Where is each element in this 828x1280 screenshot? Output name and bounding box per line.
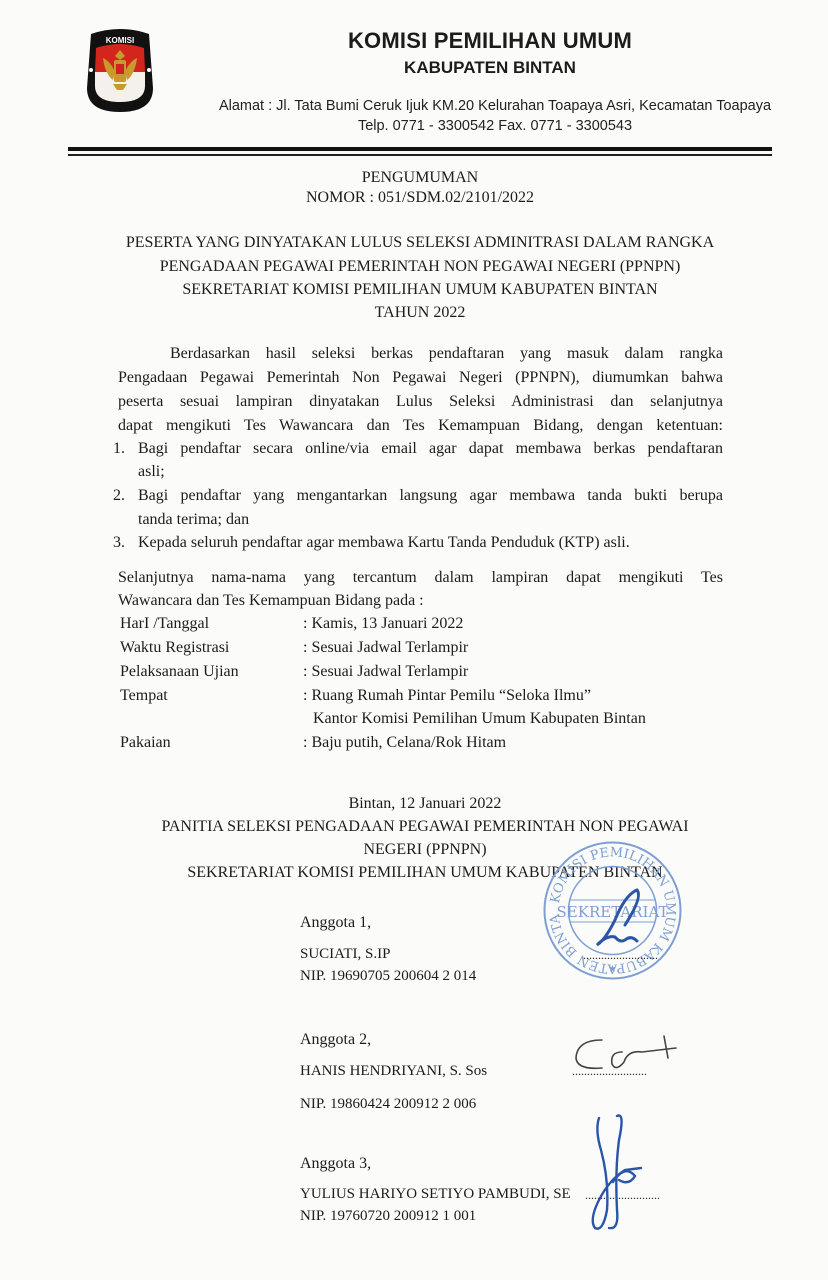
schedule-value: : Sesuai Jadwal Terlampir bbox=[303, 639, 468, 657]
signatory-name: YULIUS HARIYO SETIYO PAMBUDI, SE bbox=[300, 1186, 571, 1203]
list-item-cont: tanda terima; dan bbox=[138, 511, 249, 529]
svg-text:KOMISI: KOMISI bbox=[106, 36, 134, 45]
signatory-name: SUCIATI, S.IP bbox=[300, 946, 390, 963]
signatory-nip: NIP. 19860424 200912 2 006 bbox=[300, 1096, 476, 1113]
list-number: 1. bbox=[113, 440, 125, 458]
subject-line: SEKRETARIAT KOMISI PEMILIHAN UMUM KABUPA… bbox=[60, 281, 780, 299]
schedule-value: : Kamis, 13 Januari 2022 bbox=[303, 615, 463, 633]
subject-line: TAHUN 2022 bbox=[60, 304, 780, 322]
schedule-label: Tempat bbox=[120, 687, 168, 705]
paragraph-line: Selanjutnya nama-nama yang tercantum dal… bbox=[118, 569, 723, 587]
address: Alamat : Jl. Tata Bumi Ceruk Ijuk KM.20 … bbox=[185, 98, 805, 114]
list-number: 2. bbox=[113, 487, 125, 505]
schedule-value: : Baju putih, Celana/Rok Hitam bbox=[303, 734, 506, 752]
institution-title: KOMISI PEMILIHAN UMUM bbox=[240, 28, 740, 54]
schedule-value: : Sesuai Jadwal Terlampir bbox=[303, 663, 468, 681]
announcement-number: NOMOR : 051/SDM.02/2101/2022 bbox=[100, 189, 740, 207]
list-number: 3. bbox=[113, 534, 125, 552]
svg-text:★: ★ bbox=[608, 964, 617, 975]
signatory-role: Anggota 3, bbox=[300, 1155, 371, 1173]
committee-line: PANITIA SELEKSI PENGADAAN PEGAWAI PEMERI… bbox=[100, 818, 750, 836]
signature-2-icon bbox=[572, 1030, 682, 1080]
schedule-value-cont: Kantor Komisi Pemilihan Umum Kabupaten B… bbox=[313, 710, 646, 728]
paragraph-line: Pengadaan Pegawai Pemerintah Non Pegawai… bbox=[118, 369, 723, 387]
signatory-nip: NIP. 19690705 200604 2 014 bbox=[300, 968, 476, 985]
signatory-role: Anggota 1, bbox=[300, 914, 371, 932]
institution-subtitle: KABUPATEN BINTAN bbox=[240, 58, 740, 78]
signatory-name: HANIS HENDRIYANI, S. Sos bbox=[300, 1063, 487, 1080]
kpu-emblem-icon: KOMISI bbox=[83, 28, 157, 114]
contact: Telp. 0771 - 3300542 Fax. 0771 - 3300543 bbox=[185, 118, 805, 134]
schedule-label: Pakaian bbox=[120, 734, 171, 752]
schedule-label: HarI /Tanggal bbox=[120, 615, 209, 633]
signature-3-icon bbox=[585, 1110, 655, 1235]
signature-1-icon bbox=[585, 885, 655, 960]
list-item: Bagi pendaftar yang mengantarkan langsun… bbox=[138, 487, 723, 505]
signatory-nip: NIP. 19760720 200912 1 001 bbox=[300, 1208, 476, 1225]
paragraph-line: Berdasarkan hasil seleksi berkas pendaft… bbox=[170, 345, 723, 363]
list-item: Kepada seluruh pendaftar agar membawa Ka… bbox=[138, 534, 630, 552]
place-date: Bintan, 12 Januari 2022 bbox=[150, 795, 700, 813]
schedule-label: Pelaksanaan Ujian bbox=[120, 663, 239, 681]
schedule-value: : Ruang Rumah Pintar Pemilu “Seloka Ilmu… bbox=[303, 687, 591, 705]
schedule-label: Waktu Registrasi bbox=[120, 639, 229, 657]
letterhead-rule-thick bbox=[68, 147, 772, 151]
list-item: Bagi pendaftar secara online/via email a… bbox=[138, 440, 723, 458]
subject-line: PENGADAAN PEGAWAI PEMERINTAH NON PEGAWAI… bbox=[60, 258, 780, 276]
paragraph-line: peserta sesuai lampiran dinyatakan Lulus… bbox=[118, 393, 723, 411]
letterhead-rule-thin bbox=[68, 154, 772, 156]
paragraph-line: dapat mengikuti Tes Wawancara dan Tes Ke… bbox=[118, 417, 723, 435]
announcement-heading: PENGUMUMAN bbox=[100, 169, 740, 187]
list-item-cont: asli; bbox=[138, 463, 165, 481]
signatory-role: Anggota 2, bbox=[300, 1031, 371, 1049]
paragraph-line: Wawancara dan Tes Kemampuan Bidang pada … bbox=[118, 592, 424, 610]
subject-line: PESERTA YANG DINYATAKAN LULUS SELEKSI AD… bbox=[60, 234, 780, 252]
